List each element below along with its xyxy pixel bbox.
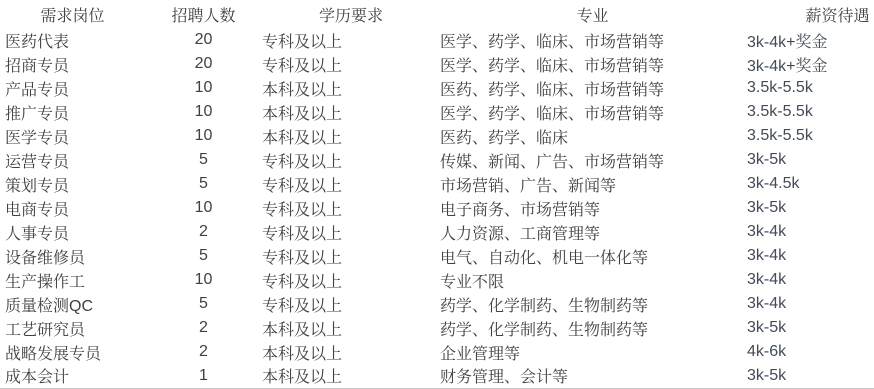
cell-salary: 3k-4.5k (745, 172, 874, 196)
cell-salary: 3k-4k (745, 220, 874, 244)
cell-salary: 3k-4k (745, 244, 874, 268)
table-row: 策划专员5专科及以上市场营销、广告、新闻等3k-4.5k (0, 172, 874, 196)
cell-salary: 3k-5k (745, 148, 874, 172)
cell-major: 企业管理等 (440, 340, 745, 364)
cell-salary: 3.5k-5.5k (745, 100, 874, 124)
cell-position: 策划专员 (0, 172, 145, 196)
header-headcount: 招聘人数 (145, 0, 262, 28)
table-body: 医药代表20专科及以上医学、药学、临床、市场营销等3k-4k+奖金招商专员20专… (0, 28, 874, 388)
cell-major: 专业不限 (440, 268, 745, 292)
cell-major: 市场营销、广告、新闻等 (440, 172, 745, 196)
cell-position: 战略发展专员 (0, 340, 145, 364)
cell-salary: 3k-5k (745, 364, 874, 388)
cell-education: 专科及以上 (262, 148, 440, 172)
recruitment-table: 需求岗位 招聘人数 学历要求 专业 薪资待遇 医药代表20专科及以上医学、药学、… (0, 0, 874, 389)
cell-education: 专科及以上 (262, 292, 440, 316)
cell-education: 专科及以上 (262, 244, 440, 268)
cell-salary: 3.5k-5.5k (745, 124, 874, 148)
cell-education: 本科及以上 (262, 124, 440, 148)
cell-major: 财务管理、会计等 (440, 364, 745, 388)
table-row: 运营专员5专科及以上传媒、新闻、广告、市场营销等3k-5k (0, 148, 874, 172)
cell-headcount: 2 (145, 220, 262, 244)
cell-major: 电气、自动化、机电一体化等 (440, 244, 745, 268)
cell-headcount: 5 (145, 244, 262, 268)
cell-salary: 3k-5k (745, 316, 874, 340)
cell-major: 医药、药学、临床、市场营销等 (440, 76, 745, 100)
cell-education: 本科及以上 (262, 100, 440, 124)
cell-position: 工艺研究员 (0, 316, 145, 340)
cell-major: 人力资源、工商管理等 (440, 220, 745, 244)
cell-headcount: 10 (145, 100, 262, 124)
cell-headcount: 2 (145, 340, 262, 364)
cell-major: 传媒、新闻、广告、市场营销等 (440, 148, 745, 172)
cell-salary: 3k-4k (745, 292, 874, 316)
table-row: 推广专员10本科及以上医学、药学、临床、市场营销等3.5k-5.5k (0, 100, 874, 124)
cell-position: 运营专员 (0, 148, 145, 172)
table-row: 质量检测QC5专科及以上药学、化学制药、生物制药等3k-4k (0, 292, 874, 316)
cell-education: 专科及以上 (262, 52, 440, 76)
cell-salary: 3k-5k (745, 196, 874, 220)
recruitment-table-view: 需求岗位 招聘人数 学历要求 专业 薪资待遇 医药代表20专科及以上医学、药学、… (0, 0, 874, 389)
cell-headcount: 10 (145, 196, 262, 220)
cell-major: 药学、化学制药、生物制药等 (440, 292, 745, 316)
cell-education: 本科及以上 (262, 340, 440, 364)
cell-salary: 3k-4k+奖金 (745, 52, 874, 76)
cell-headcount: 2 (145, 316, 262, 340)
cell-headcount: 10 (145, 268, 262, 292)
cell-position: 医药代表 (0, 28, 145, 52)
cell-education: 专科及以上 (262, 268, 440, 292)
cell-education: 专科及以上 (262, 196, 440, 220)
header-position: 需求岗位 (0, 0, 145, 28)
table-row: 设备维修员5专科及以上电气、自动化、机电一体化等3k-4k (0, 244, 874, 268)
cell-salary: 3k-4k (745, 268, 874, 292)
table-row: 人事专员2专科及以上人力资源、工商管理等3k-4k (0, 220, 874, 244)
cell-position: 医学专员 (0, 124, 145, 148)
header-salary: 薪资待遇 (745, 0, 874, 28)
cell-headcount: 5 (145, 292, 262, 316)
cell-major: 药学、化学制药、生物制药等 (440, 316, 745, 340)
cell-headcount: 10 (145, 76, 262, 100)
cell-education: 专科及以上 (262, 220, 440, 244)
header-major: 专业 (440, 0, 745, 28)
cell-position: 质量检测QC (0, 292, 145, 316)
cell-headcount: 1 (145, 364, 262, 388)
table-row: 成本会计1本科及以上财务管理、会计等3k-5k (0, 364, 874, 388)
cell-major: 电子商务、市场营销等 (440, 196, 745, 220)
cell-salary: 3k-4k+奖金 (745, 28, 874, 52)
cell-major: 医学、药学、临床、市场营销等 (440, 52, 745, 76)
cell-education: 本科及以上 (262, 364, 440, 388)
cell-position: 产品专员 (0, 76, 145, 100)
table-row: 工艺研究员2本科及以上药学、化学制药、生物制药等3k-5k (0, 316, 874, 340)
cell-position: 推广专员 (0, 100, 145, 124)
cell-major: 医药、药学、临床 (440, 124, 745, 148)
table-row: 产品专员10本科及以上医药、药学、临床、市场营销等3.5k-5.5k (0, 76, 874, 100)
cell-salary: 3.5k-5.5k (745, 76, 874, 100)
table-row: 战略发展专员2本科及以上企业管理等4k-6k (0, 340, 874, 364)
cell-education: 专科及以上 (262, 172, 440, 196)
cell-position: 成本会计 (0, 364, 145, 388)
table-row: 招商专员20专科及以上医学、药学、临床、市场营销等3k-4k+奖金 (0, 52, 874, 76)
cell-salary: 4k-6k (745, 340, 874, 364)
table-row: 医药代表20专科及以上医学、药学、临床、市场营销等3k-4k+奖金 (0, 28, 874, 52)
cell-education: 本科及以上 (262, 316, 440, 340)
cell-position: 设备维修员 (0, 244, 145, 268)
table-row: 生产操作工10专科及以上专业不限3k-4k (0, 268, 874, 292)
table-header: 需求岗位 招聘人数 学历要求 专业 薪资待遇 (0, 0, 874, 28)
cell-headcount: 20 (145, 52, 262, 76)
cell-headcount: 5 (145, 148, 262, 172)
table-row: 医学专员10本科及以上医药、药学、临床3.5k-5.5k (0, 124, 874, 148)
cell-headcount: 10 (145, 124, 262, 148)
cell-headcount: 5 (145, 172, 262, 196)
cell-headcount: 20 (145, 28, 262, 52)
cell-major: 医学、药学、临床、市场营销等 (440, 100, 745, 124)
cell-position: 生产操作工 (0, 268, 145, 292)
cell-position: 电商专员 (0, 196, 145, 220)
cell-position: 人事专员 (0, 220, 145, 244)
cell-major: 医学、药学、临床、市场营销等 (440, 28, 745, 52)
cell-education: 专科及以上 (262, 28, 440, 52)
cell-position: 招商专员 (0, 52, 145, 76)
table-row: 电商专员10专科及以上电子商务、市场营销等3k-5k (0, 196, 874, 220)
header-education: 学历要求 (262, 0, 440, 28)
table-header-row: 需求岗位 招聘人数 学历要求 专业 薪资待遇 (0, 0, 874, 28)
cell-education: 本科及以上 (262, 76, 440, 100)
